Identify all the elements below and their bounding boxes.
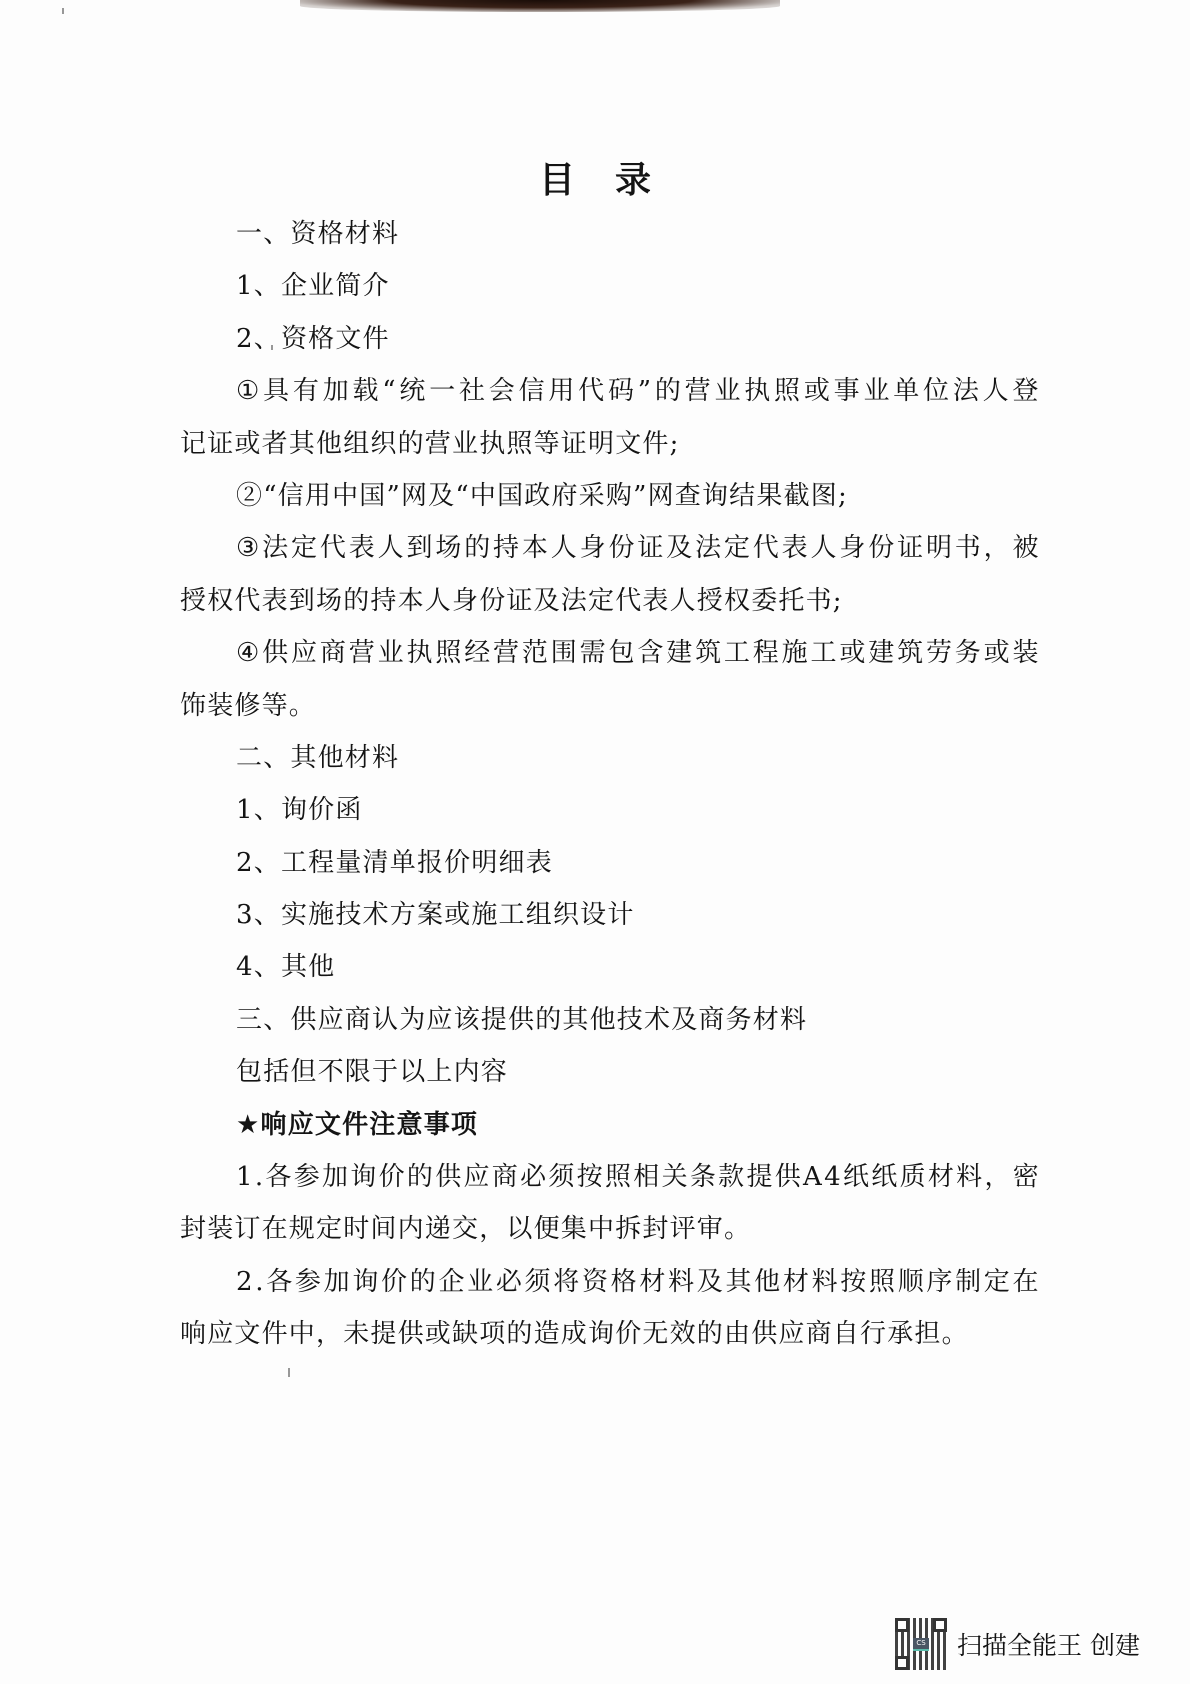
toc-line: 响应文件中，未提供或缺项的造成询价无效的由供应商自行承担。 (180, 1308, 1040, 1360)
toc-line: 三、供应商认为应该提供的其他技术及商务材料 (180, 994, 1040, 1046)
toc-line: ④供应商营业执照经营范围需包含建筑工程施工或建筑劳务或装 (180, 627, 1040, 679)
toc-line: 2、工程量清单报价明细表 (180, 837, 1040, 889)
toc-line: ②“信用中国”网及“中国政府采购”网查询结果截图; (180, 470, 1040, 522)
toc-line: 授权代表到场的持本人身份证及法定代表人授权委托书; (180, 575, 1040, 627)
toc-line: ★响应文件注意事项 (180, 1099, 1040, 1151)
watermark-text: 扫描全能王 创建 (957, 1626, 1140, 1662)
toc-content: 一、资格材料1、企业简介2、资格文件①具有加载“统一社会信用代码”的营业执照或事… (180, 208, 1040, 1361)
toc-line: 3、实施技术方案或施工组织设计 (180, 889, 1040, 941)
toc-line: 1.各参加询价的供应商必须按照相关条款提供A4纸纸质材料，密 (180, 1151, 1040, 1203)
toc-line: ①具有加载“统一社会信用代码”的营业执照或事业单位法人登 (180, 365, 1040, 417)
toc-line: 2.各参加询价的企业必须将资格材料及其他材料按照顺序制定在 (180, 1256, 1040, 1308)
toc-line: 1、企业简介 (180, 260, 1040, 312)
camscanner-badge: CS (913, 1638, 929, 1651)
toc-line: ③法定代表人到场的持本人身份证及法定代表人身份证明书，被 (180, 522, 1040, 574)
toc-line: 封装订在规定时间内递交，以便集中拆封评审。 (180, 1203, 1040, 1255)
toc-line: 二、其他材料 (180, 732, 1040, 784)
toc-line: 2、资格文件 (180, 313, 1040, 365)
qr-code-icon: CS (895, 1618, 947, 1670)
scan-speck (62, 8, 64, 14)
toc-line: 饰装修等。 (180, 680, 1040, 732)
camscanner-watermark: CS 扫描全能王 创建 (895, 1618, 1140, 1670)
toc-line: 1、询价函 (180, 784, 1040, 836)
scan-edge-shadow (300, 0, 780, 12)
scan-speck (288, 1368, 290, 1377)
toc-line: 一、资格材料 (180, 208, 1040, 260)
page-title: 目录 (0, 152, 1190, 203)
toc-line: 4、其他 (180, 941, 1040, 993)
toc-line: 记证或者其他组织的营业执照等证明文件; (180, 418, 1040, 470)
toc-line: 包括但不限于以上内容 (180, 1046, 1040, 1098)
